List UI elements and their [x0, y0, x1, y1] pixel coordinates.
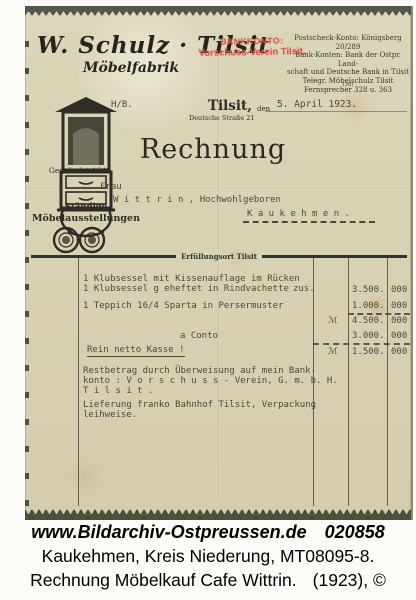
- aconto-amount: 3.000.: [352, 331, 385, 341]
- band-rule-left: [31, 255, 176, 258]
- balance-amount: 1.500.: [352, 347, 385, 357]
- recipient-name: W i t t r i n , Hochwohlgeboren: [113, 195, 281, 205]
- payment-note-line-3: T i l s i t .: [83, 386, 153, 396]
- item-1-suffix: zus.: [293, 284, 315, 294]
- bank-info-line-3: schaft und Deutsche Bank in Tilsit: [285, 68, 411, 77]
- balance-rule: [313, 343, 410, 345]
- date-value: 5. April 1923.: [277, 99, 357, 110]
- bank-info-line-1: Postscheck-Konto: Königsberg 20/289: [285, 34, 411, 51]
- caption-website: www.Bildarchiv-Ostpreussen.de: [31, 522, 306, 542]
- subtotal-currency-mark: ℳ: [328, 316, 338, 326]
- item-1-line-2: 1 Klubsessel g eheftet in Rindvachette: [83, 284, 289, 294]
- payment-note-line-1: Restbetrag durch Überweisung auf mein Ba…: [83, 366, 316, 376]
- caption-location: Kaukehmen, Kreis Niederung, MT08095-8.: [0, 546, 416, 567]
- reference-mark: H/B.: [111, 100, 133, 110]
- fulfillment-band: Erfüllungsort Tilsit: [31, 252, 407, 261]
- caption-archive-number: 020858: [325, 522, 385, 542]
- band-rule-right: [262, 255, 407, 258]
- item-2-thousands: 000: [391, 301, 407, 311]
- street-address: Deutsche Straße 21: [189, 114, 255, 122]
- fulfillment-label: Erfüllungsort Tilsit: [181, 252, 257, 261]
- caption-line-1: www.Bildarchiv-Ostpreussen.de020858: [0, 522, 416, 543]
- paper-torn-bottom-edge: [25, 509, 411, 520]
- payment-note-line-2: konto : V o r s c h u s s - Verein, G. m…: [83, 376, 338, 386]
- item-1-line-1: 1 Klubsessel mit Kissenauflage im Rücken: [83, 274, 300, 284]
- table-column-line-thousands: [387, 258, 388, 506]
- table-column-line-left: [78, 258, 79, 506]
- aconto-thousands: 000: [391, 331, 407, 341]
- table-column-line-amount: [348, 258, 349, 506]
- delivery-note-line-1: Lieferung franko Bahnhof Tilsit, Verpack…: [83, 400, 316, 410]
- aconto-label: a Conto: [180, 331, 218, 341]
- scan-page: W. Schulz · Tilsit Möbelfabrik BANKKONTO…: [0, 0, 416, 600]
- caption-line-3: Rechnung Möbelkauf Cafe Wittrin.(1923), …: [0, 570, 416, 591]
- company-subtitle: Möbelfabrik: [83, 60, 179, 76]
- delivery-note-line-2: leihweise.: [83, 410, 137, 420]
- archive-caption: www.Bildarchiv-Ostpreussen.de020858 Kauk…: [0, 522, 416, 591]
- paper-left-edge-perforations: [25, 20, 29, 506]
- paper-torn-top-edge: [25, 6, 411, 16]
- printers-mark: (30): [285, 82, 411, 88]
- recipient-city-underline: [243, 221, 375, 223]
- item-1-amount: 3.500.: [352, 285, 385, 295]
- subtotal-thousands: 000: [391, 316, 407, 326]
- item-2-line-1: 1 Teppich 16/4 Sparta in Persermuster: [83, 301, 283, 311]
- balance-currency-mark: ℳ: [328, 347, 338, 357]
- invoice-document: W. Schulz · Tilsit Möbelfabrik BANKKONTO…: [25, 6, 413, 520]
- subtotal-amount: 4.500.: [352, 316, 385, 326]
- item-2-amount: 1.000.: [352, 301, 385, 311]
- caption-year-copyright: (1923), ©: [313, 570, 386, 590]
- subtotal-rule: [348, 313, 410, 315]
- exhibitions-line-2: Möbelausstellungen: [30, 213, 142, 224]
- bank-info-line-2: Bank-Konten: Bank der Ostpr. Land-: [285, 51, 411, 68]
- recipient-city: K a u k e h m e n .: [247, 209, 350, 219]
- place-printed: Tilsit,: [208, 98, 252, 114]
- founded-label: Gegründet 1849: [43, 166, 117, 175]
- balance-thousands: 000: [391, 347, 407, 357]
- recipient-salutation: Frau: [100, 182, 122, 192]
- caption-description: Rechnung Möbelkauf Cafe Wittrin.: [30, 570, 297, 590]
- seal-medallions: [52, 226, 106, 254]
- item-1-thousands: 000: [391, 285, 407, 295]
- date-rule: [265, 111, 407, 112]
- invoice-title: Rechnung: [133, 134, 293, 165]
- balance-label: Rein netto Kasse !: [87, 345, 185, 357]
